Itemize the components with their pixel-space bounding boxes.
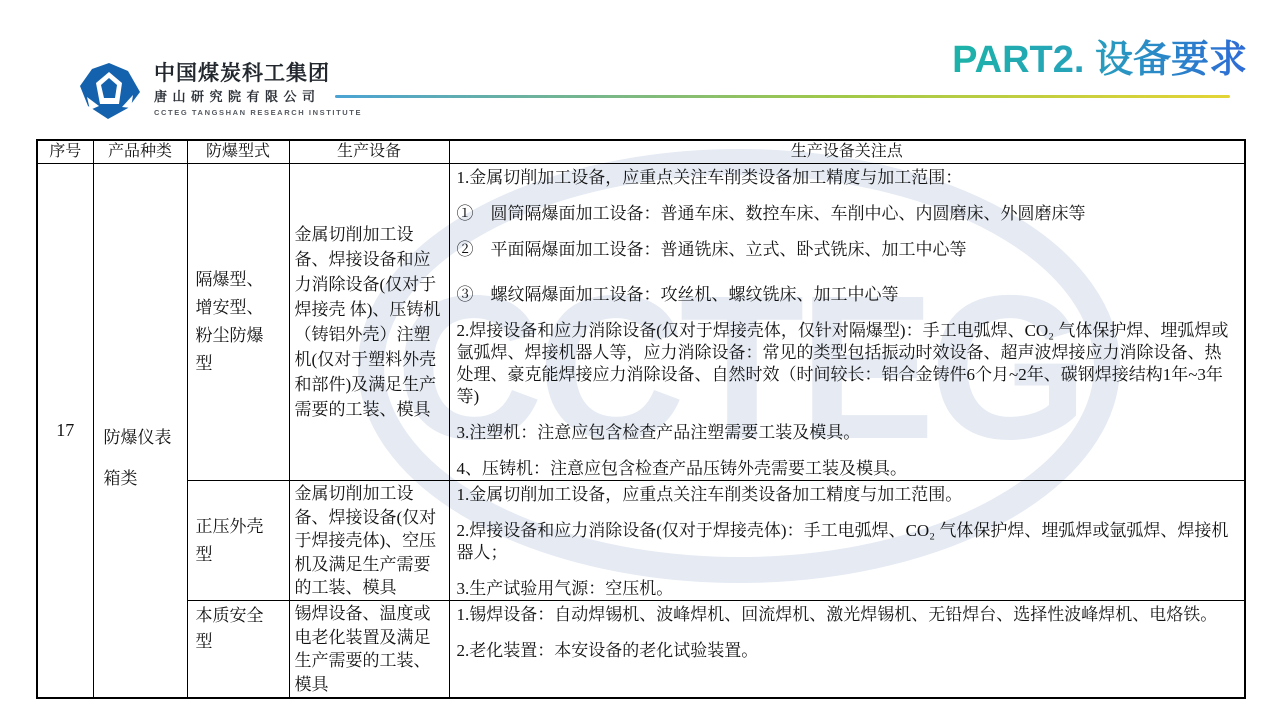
org-subtitle: 唐山研究院有限公司 <box>154 89 362 105</box>
point-item: 3.生产试验用气源：空压机。 <box>457 578 1237 600</box>
org-name: 中国煤炭科工集团 <box>154 62 362 86</box>
point-item: 3.注塑机：注意应包含检查产品注塑需要工装及模具。 <box>457 422 1237 444</box>
equipment-cell: 金属切削加工设备、焊接设备和应力消除设备(仅对于焊接壳 体)、压铸机（铸铝外壳）… <box>289 164 449 481</box>
org-english-name: CCTEG TANGSHAN RESEARCH INSTITUTE <box>154 108 362 117</box>
header-points: 生产设备关注点 <box>449 140 1245 164</box>
explosion-type-cell: 本质安全型 <box>187 601 289 698</box>
explosion-type-cell: 隔爆型、增安型、粉尘防爆型 <box>187 164 289 481</box>
equipment-cell: 锡焊设备、温度或电老化装置及满足生产需要的工装、模具 <box>289 601 449 698</box>
gem-logo-icon <box>78 62 142 120</box>
header-type: 防爆型式 <box>187 140 289 164</box>
point-item: 1.金属切削加工设备，应重点关注车削类设备加工精度与加工范围。 <box>457 484 1237 506</box>
points-cell: 1.金属切削加工设备，应重点关注车削类设备加工精度与加工范围。 2.焊接设备和应… <box>449 481 1245 601</box>
logo-text-block: 中国煤炭科工集团 唐山研究院有限公司 CCTEG TANGSHAN RESEAR… <box>154 62 362 117</box>
slide: CCTEG 中国煤炭科工集团 唐山研究院有限公司 CCTEG TANGSHAN … <box>0 0 1280 720</box>
point-item: 2.焊接设备和应力消除设备(仅对于焊接壳体)：手工电弧焊、CO₂ 气体保护焊、埋… <box>457 520 1237 564</box>
point-item: 2.焊接设备和应力消除设备(仅对于焊接壳体，仅针对隔爆型)：手工电弧焊、CO₂ … <box>457 320 1237 408</box>
table-header-row: 序号 产品种类 防爆型式 生产设备 生产设备关注点 <box>37 140 1245 164</box>
explosion-type-cell: 正压外壳型 <box>187 481 289 601</box>
table-row: 17 防爆仪表箱类 隔爆型、增安型、粉尘防爆型 金属切削加工设备、焊接设备和应力… <box>37 164 1245 481</box>
point-item: 1.锡焊设备：自动焊锡机、波峰焊机、回流焊机、激光焊锡机、无铅焊台、选择性波峰焊… <box>457 604 1237 626</box>
serial-number-cell: 17 <box>37 164 93 698</box>
header-category: 产品种类 <box>93 140 187 164</box>
company-logo: 中国煤炭科工集团 唐山研究院有限公司 CCTEG TANGSHAN RESEAR… <box>78 62 362 120</box>
equipment-requirements-table: 序号 产品种类 防爆型式 生产设备 生产设备关注点 17 防爆仪表箱类 隔爆型、… <box>36 139 1244 699</box>
product-category-cell: 防爆仪表箱类 <box>93 164 187 698</box>
equipment-cell: 金属切削加工设备、焊接设备(仅对于焊接壳体)、空压机及满足生产需要的工装、模具 <box>289 481 449 601</box>
points-cell: 1.锡焊设备：自动焊锡机、波峰焊机、回流焊机、激光焊锡机、无铅焊台、选择性波峰焊… <box>449 601 1245 698</box>
points-cell: 1.金属切削加工设备，应重点关注车削类设备加工精度与加工范围： ① 圆筒隔爆面加… <box>449 164 1245 481</box>
table-row: 本质安全型 锡焊设备、温度或电老化装置及满足生产需要的工装、模具 1.锡焊设备：… <box>37 601 1245 698</box>
point-item: ① 圆筒隔爆面加工设备：普通车床、数控车床、车削中心、内圆磨床、外圆磨床等 <box>457 203 1237 225</box>
page-title: PART2. 设备要求 <box>952 28 1247 83</box>
table-row: 正压外壳型 金属切削加工设备、焊接设备(仅对于焊接壳体)、空压机及满足生产需要的… <box>37 481 1245 601</box>
point-item: ③ 螺纹隔爆面加工设备：攻丝机、螺纹铣床、加工中心等 <box>457 284 1237 306</box>
header-divider-line <box>335 95 1230 98</box>
point-item: 1.金属切削加工设备，应重点关注车削类设备加工精度与加工范围： <box>457 167 1237 189</box>
point-item: 2.老化装置：本安设备的老化试验装置。 <box>457 640 1237 662</box>
point-item: ② 平面隔爆面加工设备：普通铣床、立式、卧式铣床、加工中心等 <box>457 239 1237 261</box>
header-no: 序号 <box>37 140 93 164</box>
product-category-text: 防爆仪表箱类 <box>104 417 176 499</box>
point-item: 4、压铸机：注意应包含检查产品压铸外壳需要工装及模具。 <box>457 458 1237 480</box>
header-equipment: 生产设备 <box>289 140 449 164</box>
